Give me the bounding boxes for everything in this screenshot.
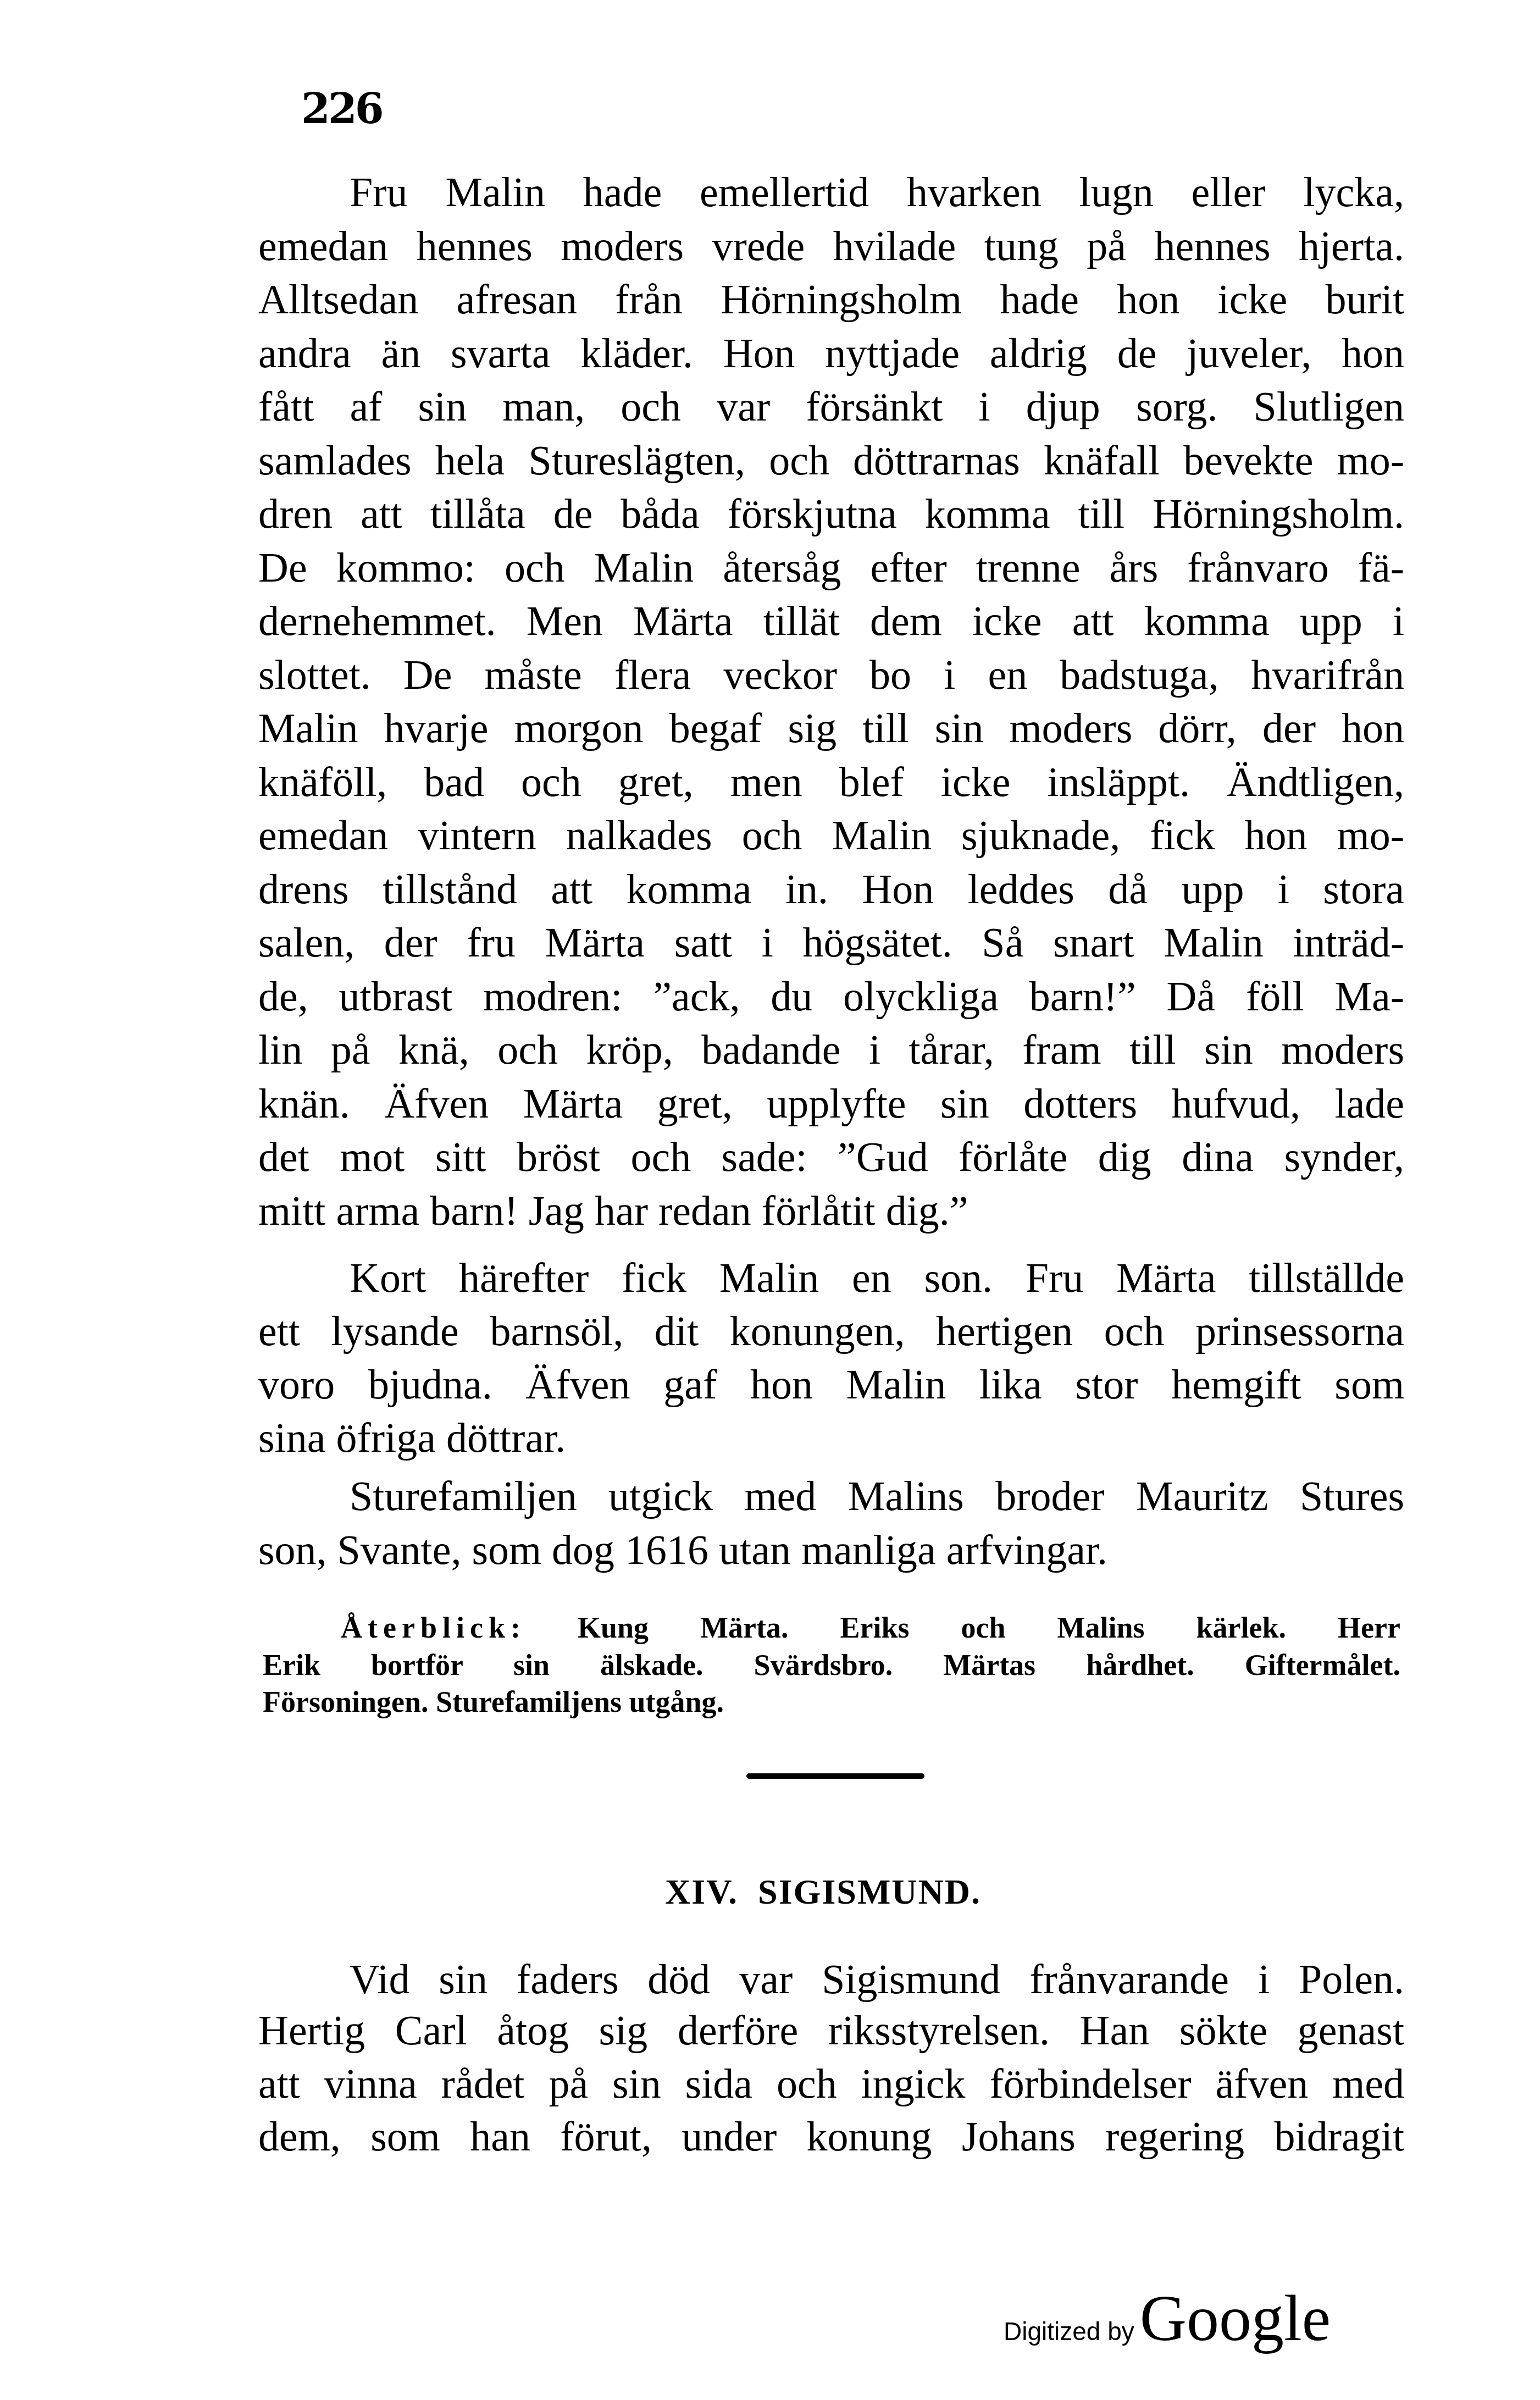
text-line: sina öfriga döttrar.: [258, 1417, 1404, 1459]
book-page: 226 Fru Malin hade emellertid hvarken lu…: [0, 0, 1540, 2400]
text-line: ett lysande barnsöl, dit konungen, herti…: [258, 1310, 1404, 1352]
text-line: dem, som han förut, under konung Johans …: [258, 2116, 1404, 2158]
text-line: fått af sin man, och var försänkt i djup…: [258, 386, 1404, 428]
summary-text: Kung Märta. Eriks och Malins kärlek. Her…: [578, 1611, 1400, 1644]
summary-line: Återblick: Kung Märta. Eriks och Malins …: [341, 1613, 1400, 1643]
text-line: Malin hvarje morgon begaf sig till sin m…: [258, 707, 1404, 749]
text-line: voro bjudna. Äfven gaf hon Malin lika st…: [258, 1364, 1404, 1406]
text-line: emedan hennes moders vrede hvilade tung …: [258, 225, 1404, 267]
summary-line: Försoningen. Sturefamiljens utgång.: [263, 1687, 1400, 1717]
text-line: Vid sin faders död var Sigismund frånvar…: [350, 1959, 1404, 2000]
chapter-heading: XIV. SIGISMUND.: [665, 1874, 981, 1910]
text-line: knäföll, bad och gret, men blef icke ins…: [258, 761, 1404, 803]
text-line: drens tillstånd att komma in. Hon leddes…: [258, 869, 1404, 910]
text-line: mitt arma barn! Jag har redan förlåtit d…: [258, 1190, 1404, 1232]
text-line: Sturefamiljen utgick med Malins broder M…: [350, 1475, 1404, 1517]
section-divider: [746, 1773, 924, 1779]
text-line: son, Svante, som dog 1616 utan manliga a…: [258, 1529, 1404, 1571]
page-number: 226: [301, 88, 382, 130]
text-line: slottet. De måste flera veckor bo i en b…: [258, 654, 1404, 696]
text-line: det mot sitt bröst och sade: ”Gud förlåt…: [258, 1136, 1404, 1178]
text-line: emedan vintern nalkades och Malin sjukna…: [258, 815, 1404, 856]
watermark-prefix: Digitized by: [1004, 2317, 1134, 2346]
digitized-by-google-watermark: Digitized byGoogle: [1004, 2281, 1331, 2356]
text-line: salen, der fru Märta satt i högsätet. Så…: [258, 922, 1404, 964]
text-line: samlades hela Sturesläg­ten, och döttrar…: [258, 440, 1404, 482]
text-line: Kort härefter fick Malin en son. Fru Mär…: [350, 1257, 1404, 1299]
text-line: dren att tillåta de båda förskjutna komm…: [258, 493, 1404, 535]
text-line: Fru Malin hade emellertid hvarken lugn e…: [350, 172, 1404, 213]
google-logo: Google: [1140, 2282, 1331, 2354]
text-line: de, utbrast modren: ”ack, du olyckliga b…: [258, 976, 1404, 1017]
text-line: att vinna rådet på sin sida och ingick f…: [258, 2063, 1404, 2105]
summary-line: Erik bortför sin älskade. Svärdsbro. Mär…: [263, 1650, 1400, 1680]
text-line: knän. Äfven Märta gret, upplyfte sin dot…: [258, 1083, 1404, 1125]
text-line: andra än svarta kläder. Hon nyttjade ald…: [258, 333, 1404, 374]
text-line: dernehemmet. Men Märta tillät dem icke a…: [258, 600, 1404, 642]
text-line: lin på knä, och kröp, badande i tårar, f…: [258, 1029, 1404, 1071]
summary-label: Återblick:: [341, 1611, 526, 1644]
text-line: Hertig Carl åtog sig derföre riksstyrels…: [258, 2010, 1404, 2051]
text-line: De kommo: och Malin återsåg efter trenne…: [258, 547, 1404, 589]
text-line: Alltsedan afresan från Hörningsholm hade…: [258, 279, 1404, 320]
